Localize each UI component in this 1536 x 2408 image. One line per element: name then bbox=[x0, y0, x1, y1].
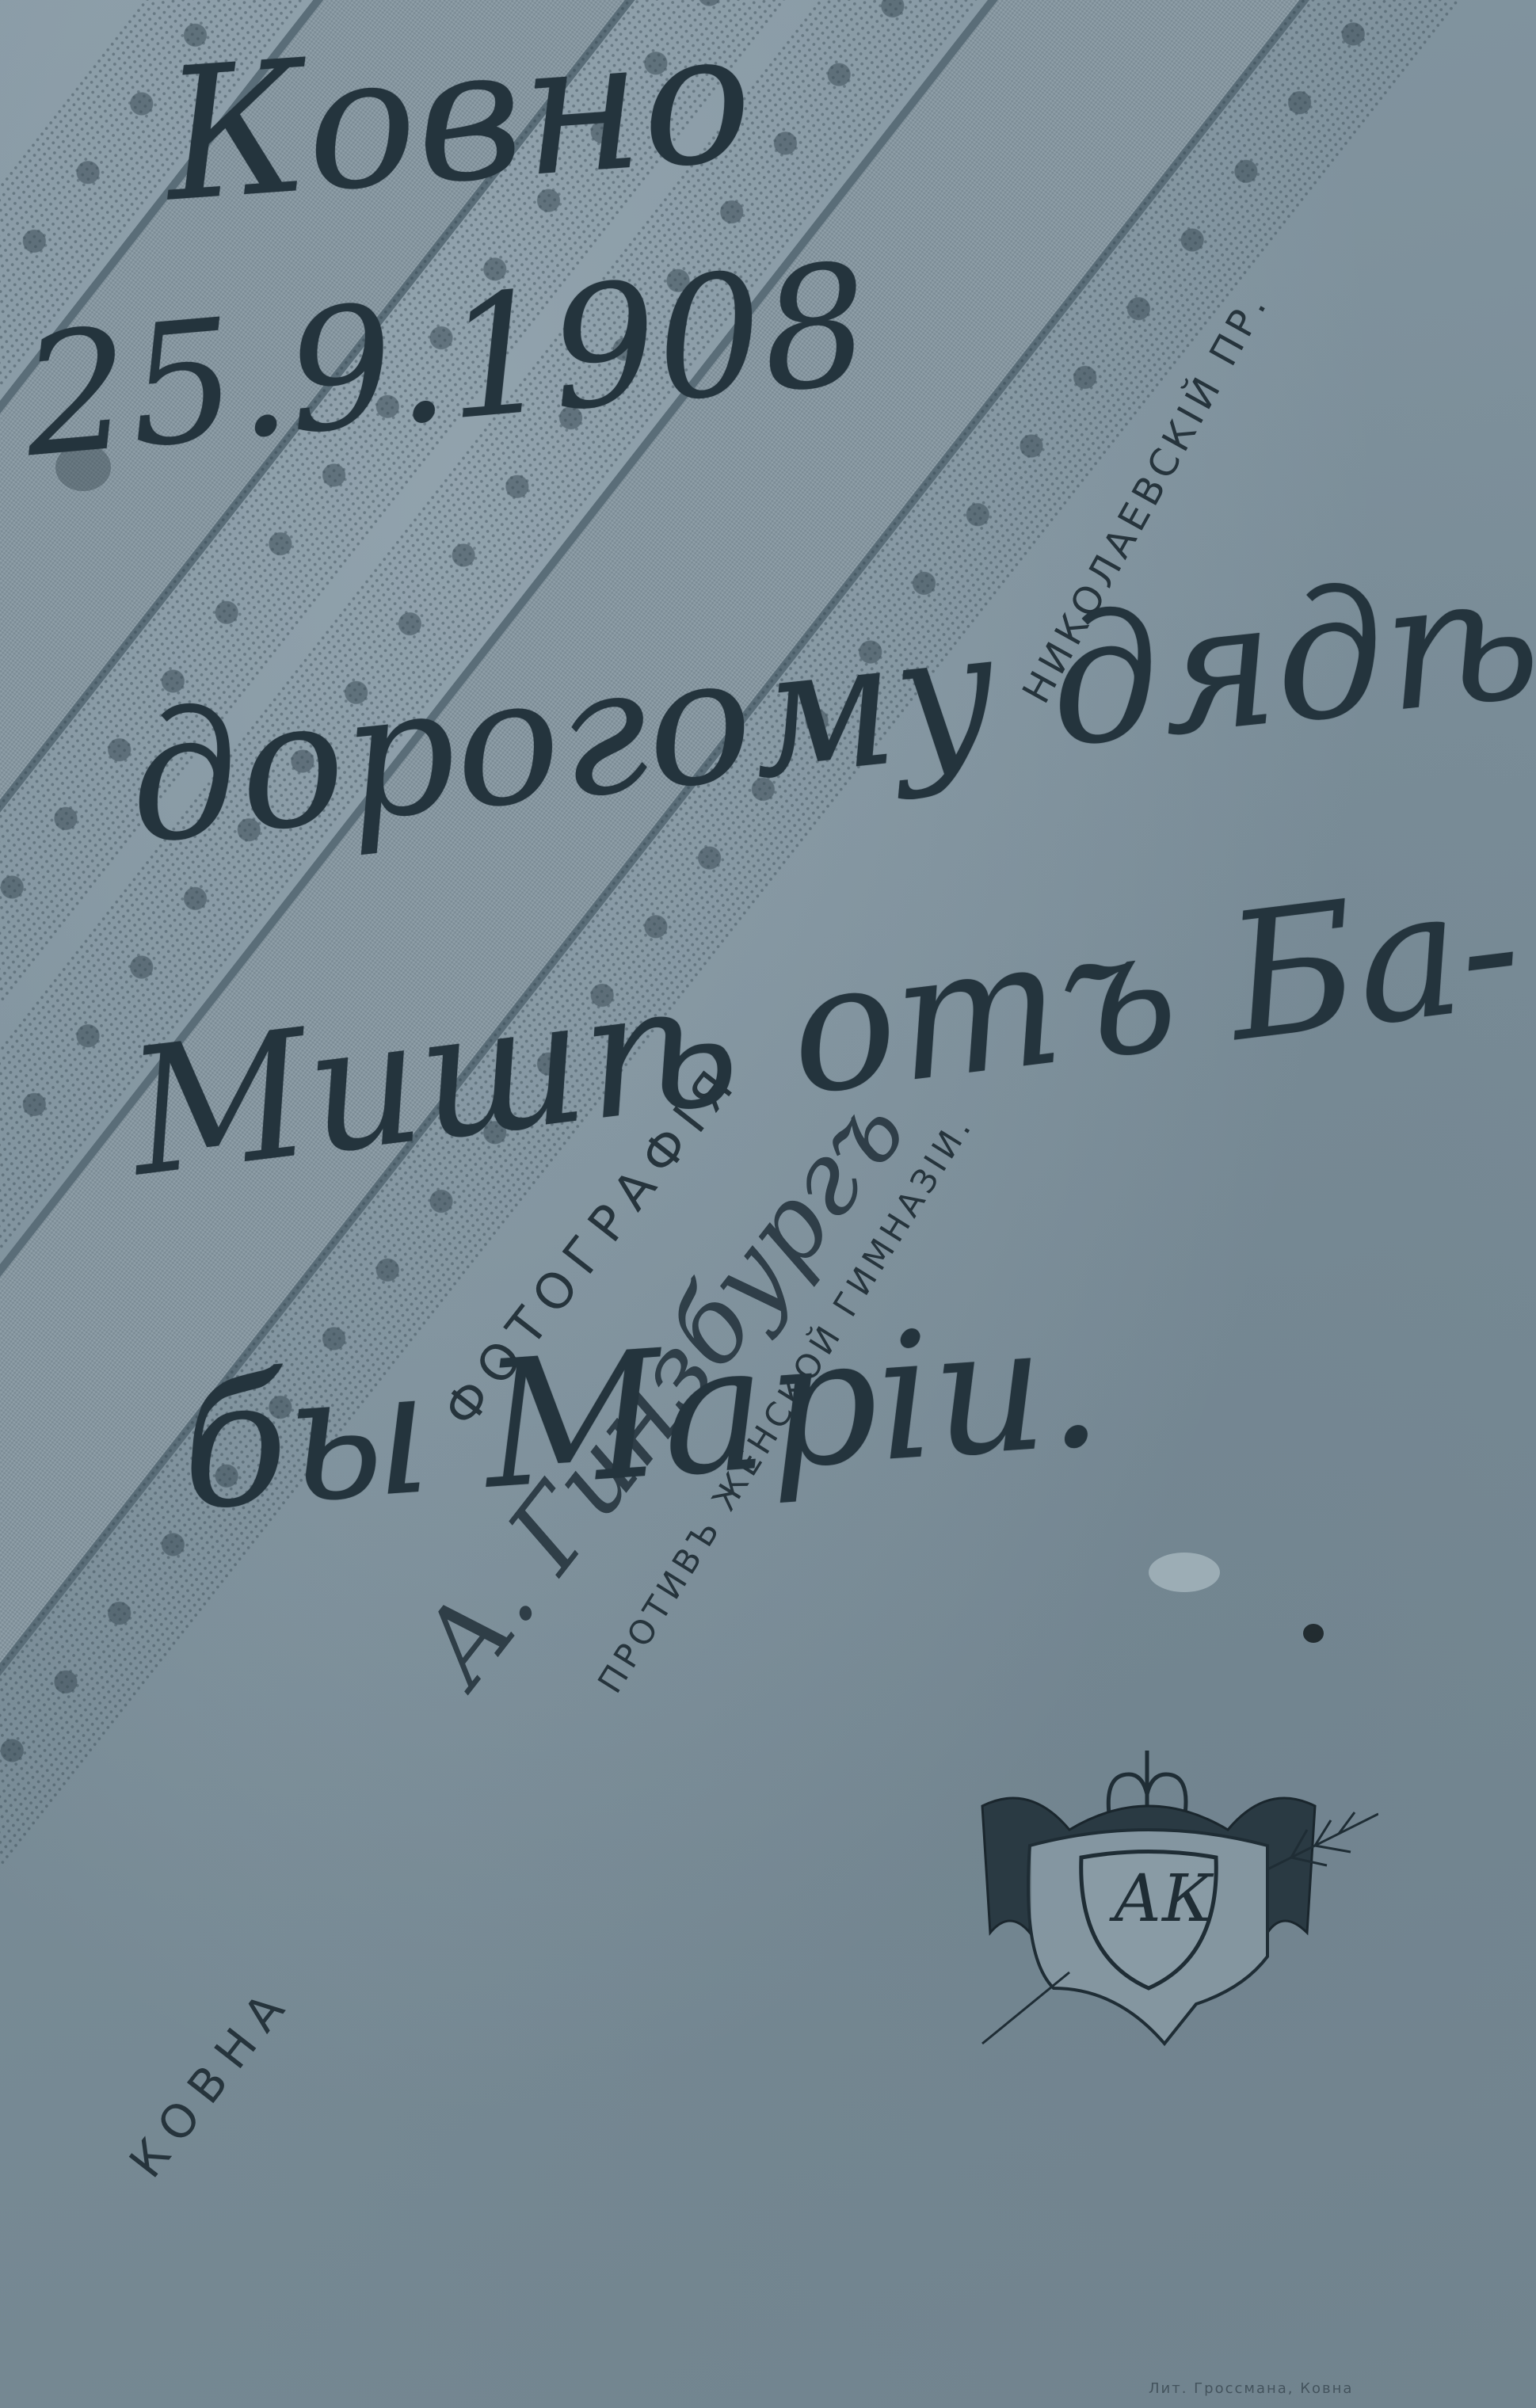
studio-emblem: АК bbox=[935, 1727, 1378, 2059]
ink-blot bbox=[1303, 1624, 1324, 1643]
photo-card-back: НИКОЛАЕВСКІЙ ПР. ФОТОГРАФІЯ ПРОТИВЪ ЖЕНС… bbox=[0, 0, 1536, 2408]
paper-stain bbox=[1149, 1553, 1220, 1592]
studio-city: КОВНА bbox=[119, 1974, 303, 2188]
handwritten-place: Ковно bbox=[158, 0, 758, 242]
printer-imprint: Лит. Гроссмана, Ковна bbox=[1149, 2380, 1353, 2397]
studio-monogram: АК bbox=[1113, 1861, 1208, 1937]
